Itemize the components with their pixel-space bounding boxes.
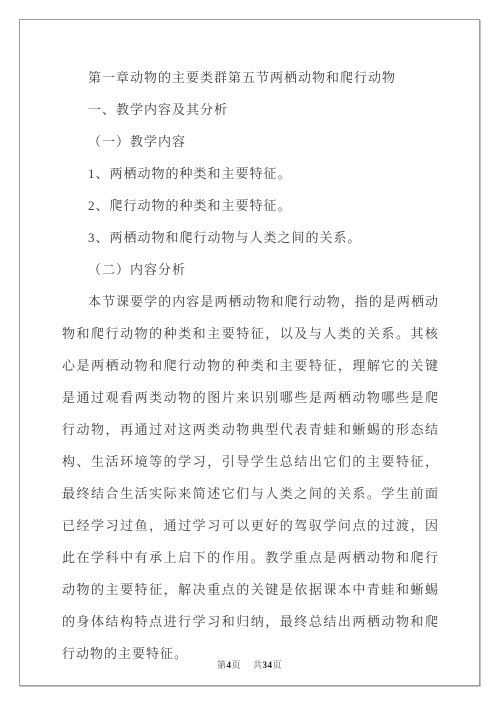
section-heading-1: 一、教学内容及其分析 — [62, 94, 439, 126]
current-page-suffix-label: 页 — [231, 660, 241, 670]
list-item-1: 1、两栖动物的种类和主要特征。 — [62, 158, 439, 190]
total-pages-suffix-label: 页 — [273, 660, 283, 670]
total-pages-prefix-label: 共 — [253, 660, 263, 670]
document-title: 第一章动物的主要类群第五节两栖动物和爬行动物 — [62, 62, 439, 94]
total-pages-indicator: 共34页 — [253, 660, 282, 670]
list-item-3: 3、两栖动物和爬行动物与人类之间的关系。 — [62, 222, 439, 254]
section-heading-3: （二）内容分析 — [62, 254, 439, 286]
page-footer: 第4页共34页 — [20, 658, 479, 671]
document-page: 第一章动物的主要类群第五节两栖动物和爬行动物 一、教学内容及其分析 （一）教学内… — [19, 19, 480, 686]
current-page-indicator: 第4页 — [217, 660, 241, 670]
section-heading-2: （一）教学内容 — [62, 126, 439, 158]
analysis-paragraph: 本节课要学的内容是两栖动物和爬行动物，指的是两栖动物和爬行动物的种类和主要特征，… — [62, 286, 439, 670]
list-item-2: 2、爬行动物的种类和主要特征。 — [62, 190, 439, 222]
total-pages-number: 34 — [263, 660, 273, 670]
